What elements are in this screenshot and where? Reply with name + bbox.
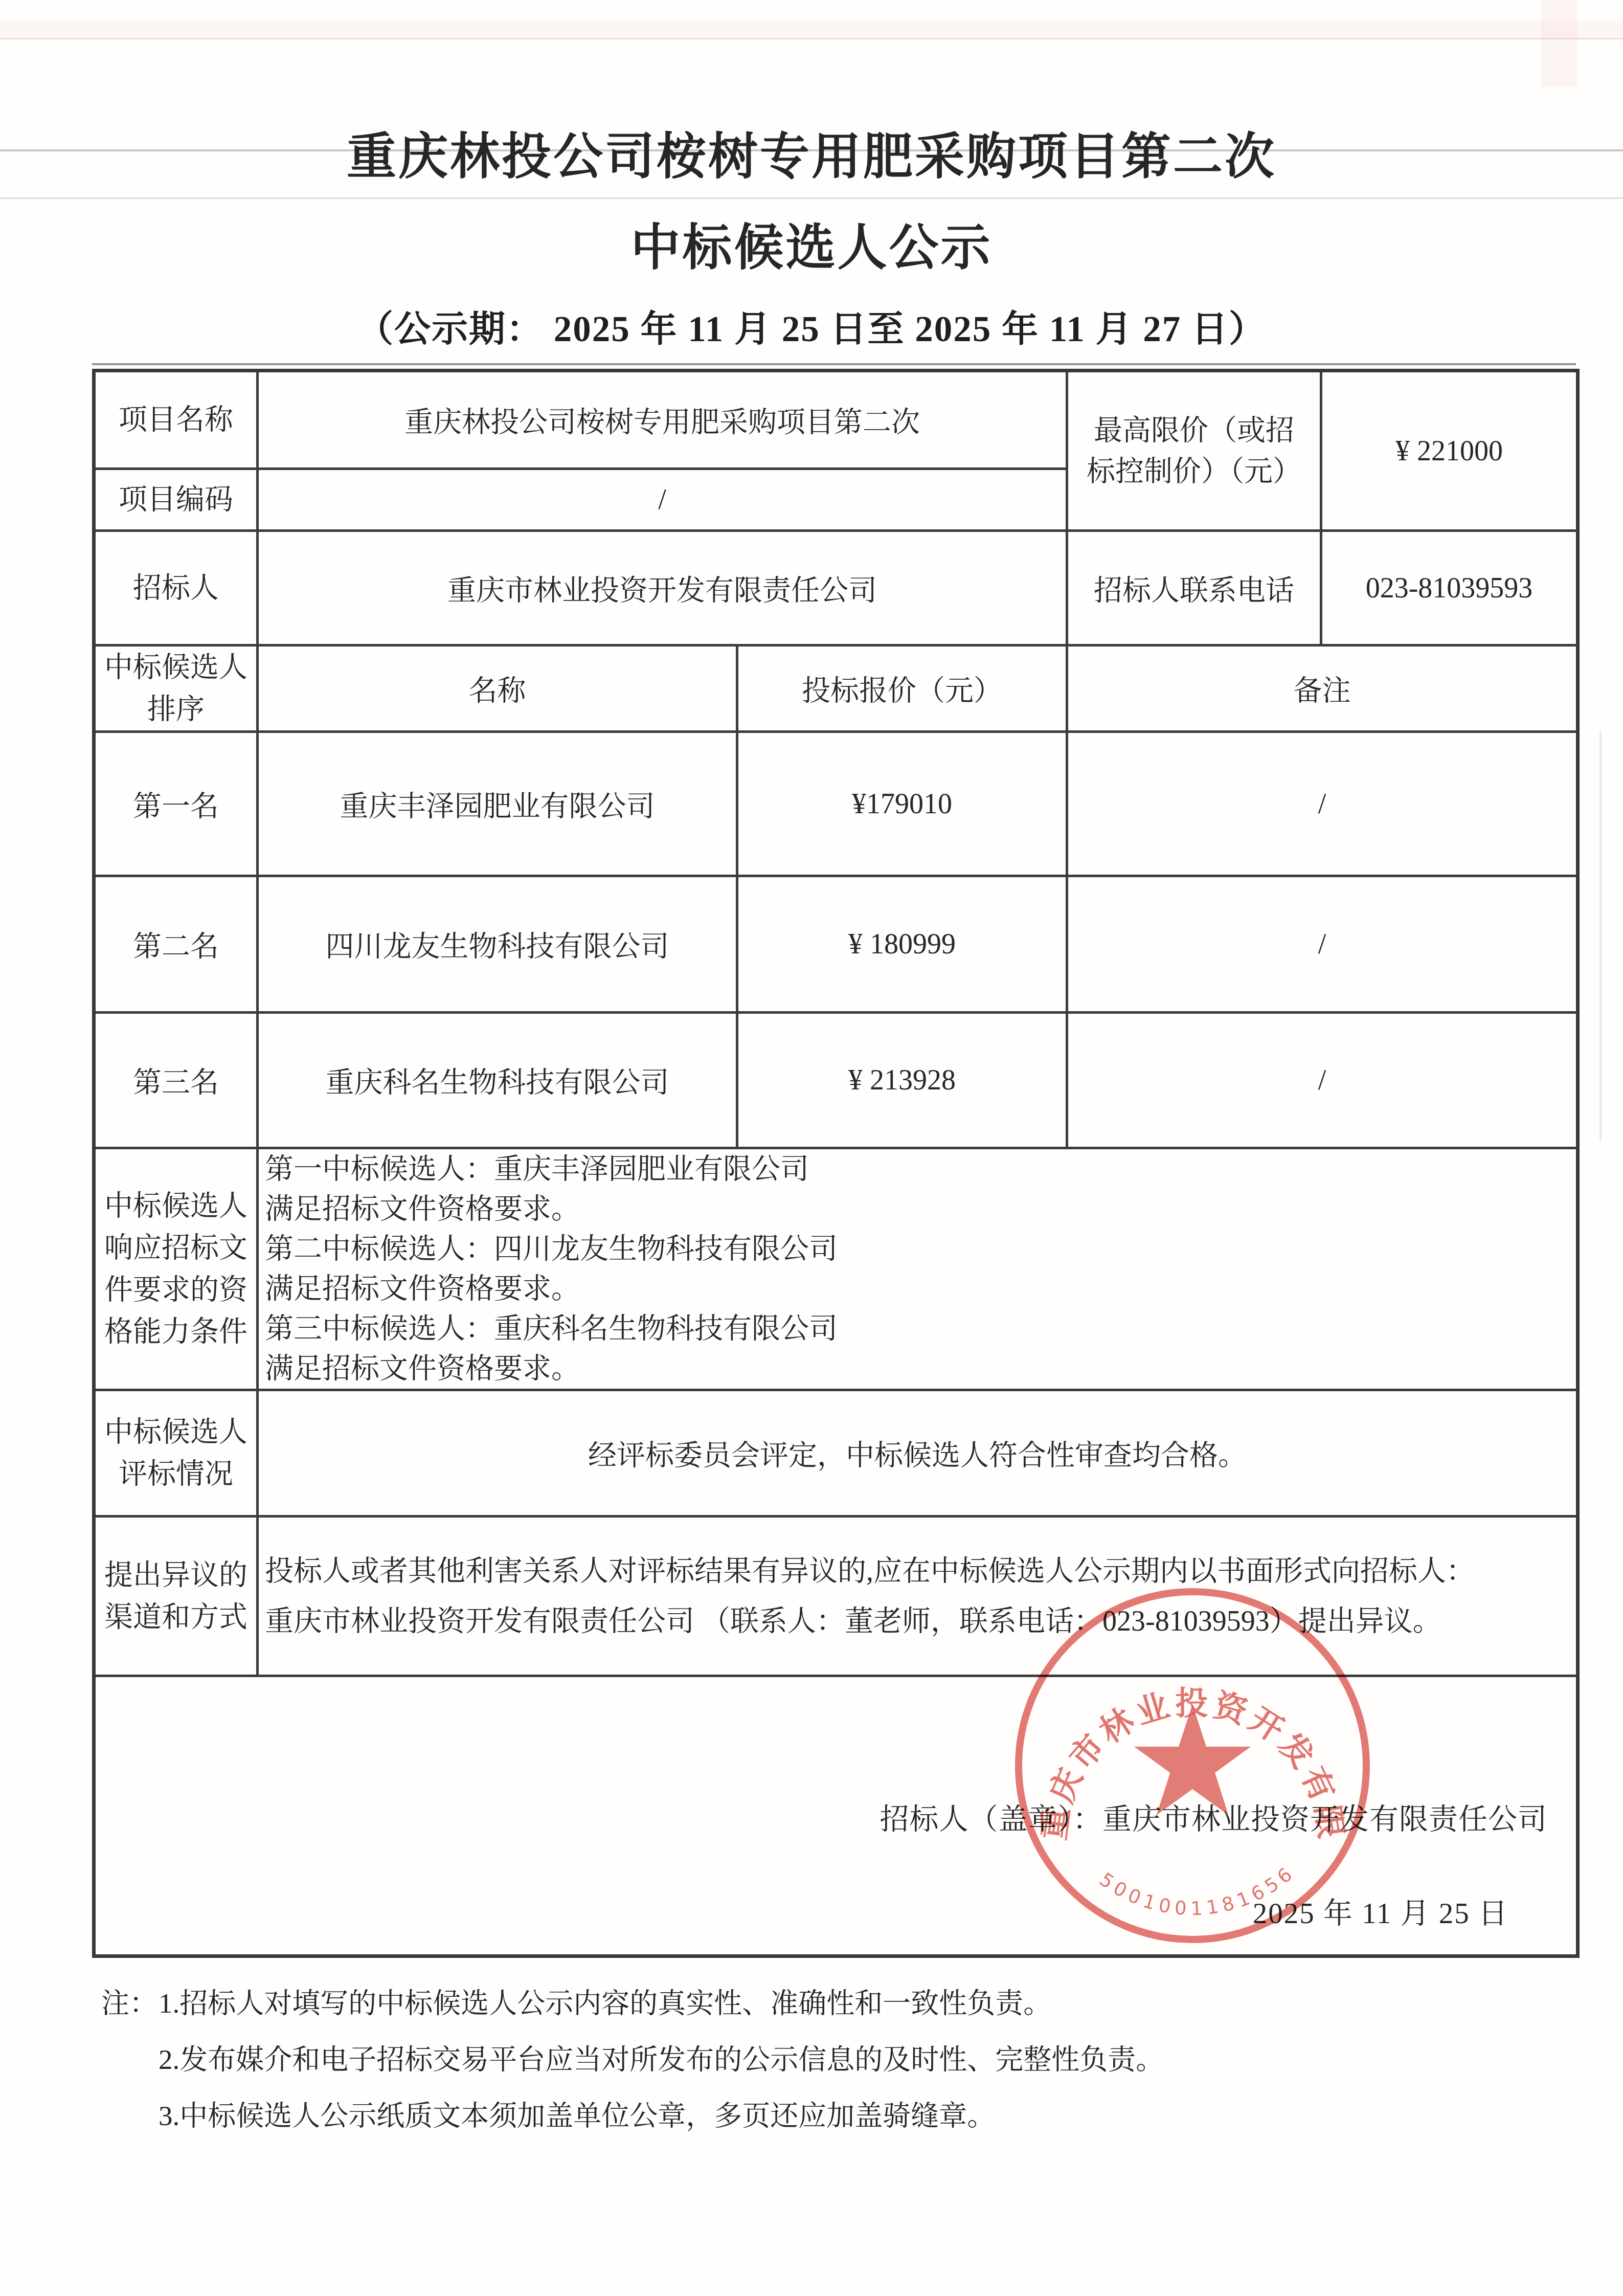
candidate-rank: 第三名 (94, 1013, 258, 1148)
note-text: 3.中标候选人公示纸质文本须加盖单位公章，多页还应加盖骑缝章。 (159, 2088, 1564, 2144)
scan-artifact-smear (1541, 0, 1577, 87)
candidate-row: 第三名 重庆科名生物科技有限公司 ¥ 213928 / (94, 1013, 1578, 1148)
page-title-line2: 中标候选人公示 (0, 203, 1623, 294)
tenderer-label: 招标人 (94, 531, 258, 645)
candidate-rank: 第二名 (94, 876, 258, 1013)
tenderer-phone-label: 招标人联系电话 (1067, 531, 1321, 645)
qualification-line: 第三中标候选人：重庆科名生物科技有限公司 (265, 1309, 1570, 1349)
project-code-value: / (258, 469, 1067, 531)
scan-artifact-line (1599, 731, 1602, 1141)
project-name-value: 重庆林投公司桉树专用肥采购项目第二次 (258, 371, 1067, 469)
tenderer-phone-value: 023-81039593 (1321, 531, 1578, 645)
objection-line: 投标人或者其他利害关系人对评标结果有异议的,应在中标候选人公示期内以书面形式向招… (265, 1546, 1570, 1596)
qualification-line: 满足招标文件资格要求。 (265, 1269, 1570, 1309)
price-column-header: 投标报价（元） (737, 645, 1067, 732)
candidate-remark: / (1067, 876, 1578, 1013)
qualification-row: 中标候选人响应招标文件要求的资格能力条件 第一中标候选人：重庆丰泽园肥业有限公司… (94, 1148, 1578, 1390)
scan-artifact-band (0, 20, 1623, 38)
project-code-label: 项目编码 (94, 469, 258, 531)
objection-line: 重庆市林业投资开发有限责任公司 （联系人：董老师，联系电话：023-810395… (265, 1596, 1570, 1646)
objection-content: 投标人或者其他利害关系人对评标结果有异议的,应在中标候选人公示期内以书面形式向招… (258, 1517, 1578, 1676)
publicity-period: （公示期： 2025 年 11 月 25 日至 2025 年 11 月 27 日… (0, 300, 1623, 352)
page-title: 重庆林投公司桉树专用肥采购项目第二次 中标候选人公示 (0, 112, 1623, 294)
table-row: 招标人 重庆市林业投资开发有限责任公司 招标人联系电话 023-81039593 (94, 531, 1578, 645)
max-price-label: 最高限价（或招标控制价）（元） (1067, 371, 1321, 531)
candidate-name: 重庆丰泽园肥业有限公司 (258, 732, 737, 876)
qualification-content: 第一中标候选人：重庆丰泽园肥业有限公司 满足招标文件资格要求。 第二中标候选人：… (258, 1148, 1578, 1390)
qualification-line: 第一中标候选人：重庆丰泽园肥业有限公司 (265, 1149, 1570, 1189)
table-header-row: 中标候选人排序 名称 投标报价（元） 备注 (94, 645, 1578, 732)
table-row: 项目名称 重庆林投公司桉树专用肥采购项目第二次 最高限价（或招标控制价）（元） … (94, 371, 1578, 469)
candidate-row: 第二名 四川龙友生物科技有限公司 ¥ 180999 / (94, 876, 1578, 1013)
signature-date: 2025 年 11 月 25 日 (1253, 1890, 1570, 1932)
notes-prefix: 注： (101, 1975, 159, 2032)
qualification-label: 中标候选人响应招标文件要求的资格能力条件 (94, 1148, 258, 1390)
note-text: 1.招标人对填写的中标候选人公示内容的真实性、准确性和一致性负责。 (159, 1975, 1564, 2032)
rank-column-header: 中标候选人排序 (94, 645, 258, 732)
footer-notes: 注： 1.招标人对填写的中标候选人公示内容的真实性、准确性和一致性负责。 2.发… (101, 1975, 1564, 2144)
max-price-value: ¥ 221000 (1321, 371, 1578, 531)
announcement-table: 项目名称 重庆林投公司桉树专用肥采购项目第二次 最高限价（或招标控制价）（元） … (92, 369, 1580, 1958)
scan-artifact-line (0, 38, 1623, 39)
evaluation-content: 经评标委员会评定，中标候选人符合性审查均合格。 (258, 1390, 1578, 1517)
qualification-line: 满足招标文件资格要求。 (265, 1189, 1570, 1229)
footer-note-2: 2.发布媒介和电子招标交易平台应当对所发布的公示信息的及时性、完整性负责。 (101, 2032, 1564, 2088)
objection-row: 提出异议的渠道和方式 投标人或者其他利害关系人对评标结果有异议的,应在中标候选人… (94, 1517, 1578, 1676)
page-title-line1: 重庆林投公司桉树专用肥采购项目第二次 (0, 112, 1623, 203)
tenderer-value: 重庆市林业投资开发有限责任公司 (258, 531, 1067, 645)
footer-note-1: 注： 1.招标人对填写的中标候选人公示内容的真实性、准确性和一致性负责。 (101, 1975, 1564, 2032)
qualification-line: 满足招标文件资格要求。 (265, 1349, 1570, 1389)
candidate-name: 重庆科名生物科技有限公司 (258, 1013, 737, 1148)
candidate-price: ¥ 180999 (737, 876, 1067, 1013)
remark-column-header: 备注 (1067, 645, 1578, 732)
name-column-header: 名称 (258, 645, 737, 732)
scan-artifact-line (92, 363, 1576, 365)
footer-note-3: 3.中标候选人公示纸质文本须加盖单位公章，多页还应加盖骑缝章。 (101, 2088, 1564, 2144)
objection-label: 提出异议的渠道和方式 (94, 1517, 258, 1676)
candidate-price: ¥ 213928 (737, 1013, 1067, 1148)
qualification-line: 第二中标候选人：四川龙友生物科技有限公司 (265, 1229, 1570, 1269)
note-text: 2.发布媒介和电子招标交易平台应当对所发布的公示信息的及时性、完整性负责。 (159, 2032, 1564, 2088)
tenderer-seal-line: 招标人（盖章）：重庆市林业投资开发有限责任公司 (880, 1796, 1570, 1838)
project-name-label: 项目名称 (94, 371, 258, 469)
candidate-remark: / (1067, 1013, 1578, 1148)
evaluation-label: 中标候选人评标情况 (94, 1390, 258, 1517)
candidate-price: ¥179010 (737, 732, 1067, 876)
signature-row: 招标人（盖章）：重庆市林业投资开发有限责任公司 2025 年 11 月 25 日 (94, 1676, 1578, 1956)
evaluation-row: 中标候选人评标情况 经评标委员会评定，中标候选人符合性审查均合格。 (94, 1390, 1578, 1517)
signature-cell: 招标人（盖章）：重庆市林业投资开发有限责任公司 2025 年 11 月 25 日 (94, 1676, 1578, 1956)
candidate-rank: 第一名 (94, 732, 258, 876)
document-page: 重庆林投公司桉树专用肥采购项目第二次 中标候选人公示 （公示期： 2025 年 … (0, 0, 1623, 2296)
candidate-name: 四川龙友生物科技有限公司 (258, 876, 737, 1013)
candidate-row: 第一名 重庆丰泽园肥业有限公司 ¥179010 / (94, 732, 1578, 876)
candidate-remark: / (1067, 732, 1578, 876)
